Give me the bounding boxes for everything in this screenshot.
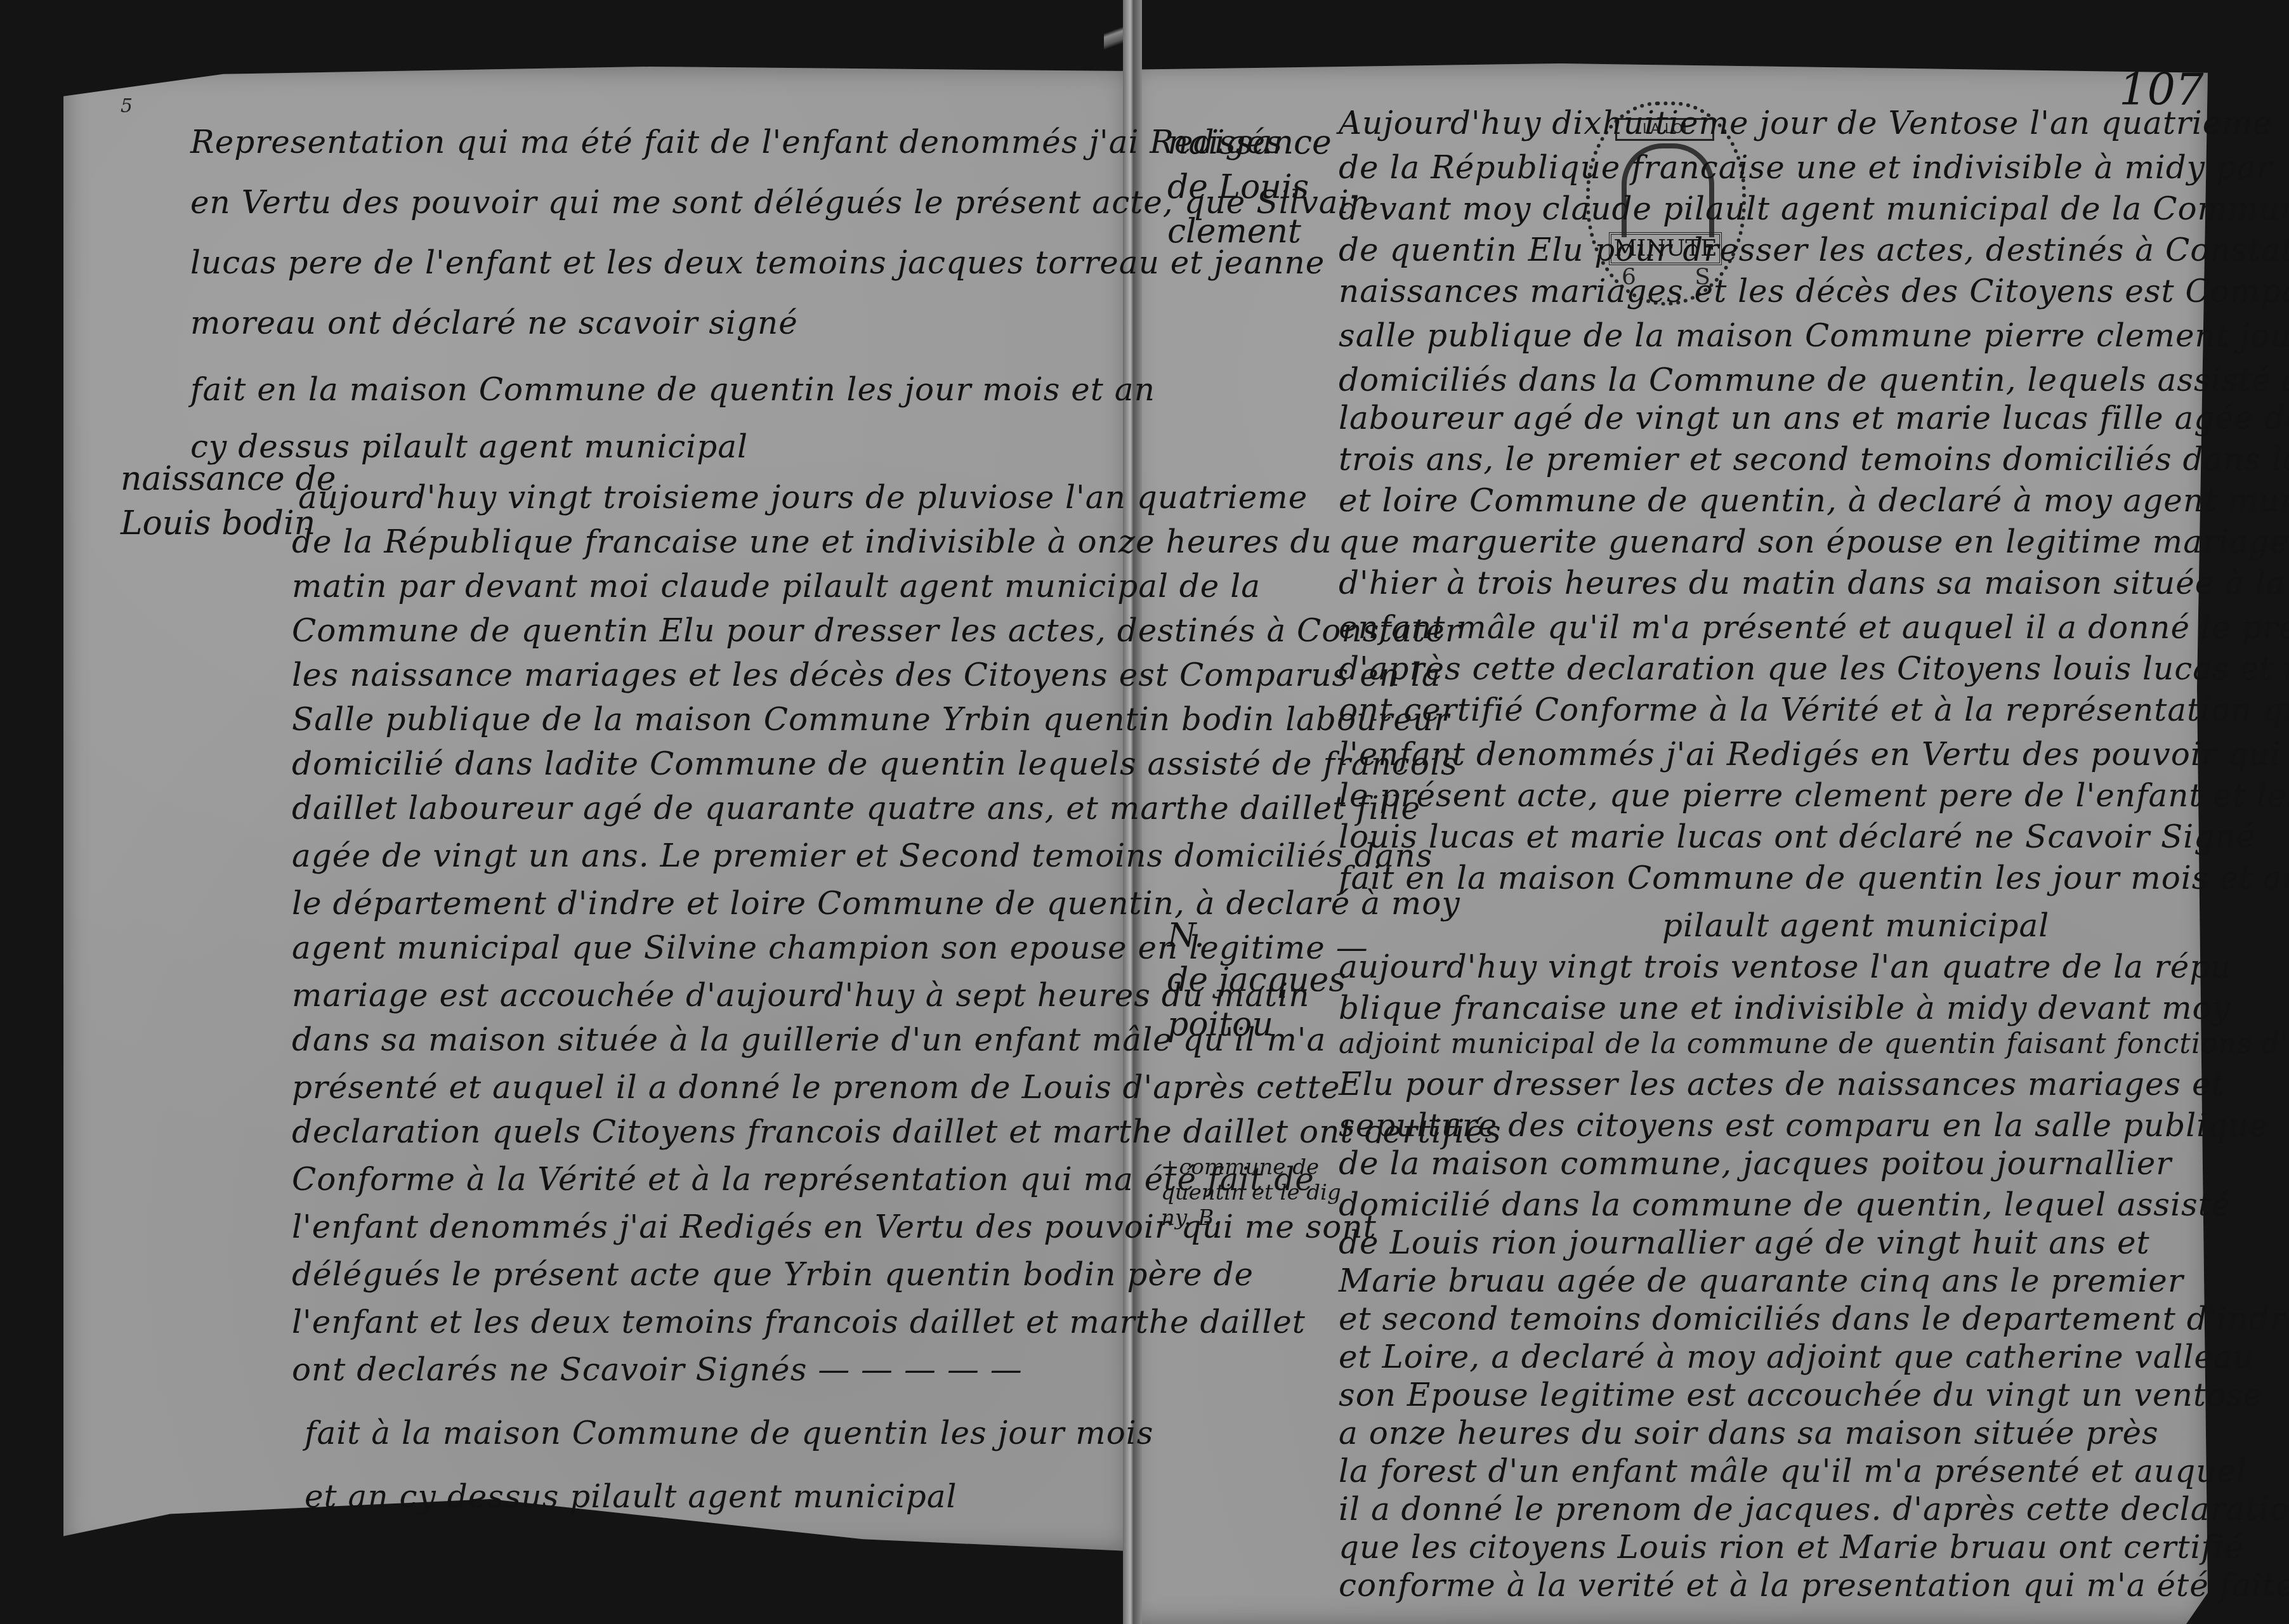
text-line: fait en la maison Commune de quentin les… xyxy=(190,371,1155,408)
text-line: ont certifié Conforme à la Vérité et à l… xyxy=(1339,691,2289,728)
text-line: Marie bruau agée de quarante cinq ans le… xyxy=(1339,1262,2184,1299)
text-line: laboureur agé de vingt un ans et marie l… xyxy=(1339,400,2289,436)
margin-note-correction: +commune de quentin et le dig ny. B. xyxy=(1161,1155,1341,1231)
text-line: de la République francaise une et indivi… xyxy=(1339,149,2273,186)
text-line: que marguerite guenard son épouse en leg… xyxy=(1339,523,2289,560)
text-line: et second temoins domiciliés dans le dep… xyxy=(1339,1300,2289,1337)
text-line: domicilié dans la commune de quentin, le… xyxy=(1339,1186,2231,1223)
text-line: et loire Commune de quentin, à declaré à… xyxy=(1339,482,2289,519)
text-line: de la maison commune, jacques poitou jou… xyxy=(1339,1145,2172,1182)
text-line: de Louis rion journallier agé de vingt h… xyxy=(1339,1224,2150,1261)
text-line: délégués le présent acte que Yrbin quent… xyxy=(292,1256,1254,1293)
text-line: aujourd'huy vingt troisieme jours de plu… xyxy=(298,479,1308,516)
text-line: agée de vingt un ans. Le premier et Seco… xyxy=(292,837,1433,874)
text-line: naissances mariages et les décès des Cit… xyxy=(1339,273,2289,310)
margin-note-naissance-jacques-poitou: N. de jacques poitou xyxy=(1167,913,1346,1047)
text-line: domicilié dans ladite Commune de quentin… xyxy=(292,745,1458,782)
text-line: a onze heures du soir dans sa maison sit… xyxy=(1339,1415,2159,1451)
text-line: Salle publique de la maison Commune Yrbi… xyxy=(292,701,1450,738)
margin-note-naissance-louis-clement: naissance de Louis clement xyxy=(1167,121,1332,254)
text-line: pilault agent municipal xyxy=(1662,907,2049,944)
text-line: domiciliés dans la Commune de quentin, l… xyxy=(1339,362,2289,398)
text-line: son Epouse legitime est accouchée du vin… xyxy=(1339,1377,2262,1413)
text-line: salle publique de la maison Commune pier… xyxy=(1339,317,2289,354)
text-line: enfant mâle qu'il m'a présenté et auquel… xyxy=(1339,609,2289,646)
text-line: et Loire, a declaré à moy adjoint que ca… xyxy=(1339,1339,2254,1375)
text-line: lucas pere de l'enfant et les deux temoi… xyxy=(190,244,1325,281)
text-line: Elu pour dresser les actes de naissances… xyxy=(1339,1066,2225,1103)
text-line: cy dessus pilault agent municipal xyxy=(190,428,748,465)
text-line: que les citoyens Louis rion et Marie bru… xyxy=(1339,1529,2244,1566)
text-line: sepulture des citoyens est comparu en la… xyxy=(1339,1107,2269,1144)
text-line: mariage est accouchée d'aujourd'huy à se… xyxy=(292,977,1309,1014)
text-line: aujourd'huy vingt trois ventose l'an qua… xyxy=(1339,948,2232,985)
text-line: de la République francaise une et indivi… xyxy=(292,523,1332,560)
text-line: ont declarés ne Scavoir Signés — — — — — xyxy=(292,1351,1023,1388)
text-line: et an cy dessus pilault agent municipal xyxy=(305,1478,957,1515)
text-line: trois ans, le premier et second temoins … xyxy=(1339,441,2289,478)
text-line: d'hier à trois heures du matin dans sa m… xyxy=(1339,565,2289,601)
text-line: les naissance mariages et les décès des … xyxy=(292,657,1441,693)
text-line: moreau ont déclaré ne scavoir signé xyxy=(190,304,798,341)
text-line: il a donné le prenom de jacques. d'après… xyxy=(1339,1491,2289,1528)
text-line: daillet laboureur agé de quarante quatre… xyxy=(292,790,1420,827)
text-line: la forest d'un enfant mâle qu'il m'a pré… xyxy=(1339,1453,2247,1490)
text-line: matin par devant moi claude pilault agen… xyxy=(292,568,1261,605)
corner-mark: 5 xyxy=(121,95,133,117)
text-line: declaration quels Citoyens francois dail… xyxy=(292,1113,1502,1150)
text-line: adjoint municipal de la commune de quent… xyxy=(1339,1028,2289,1060)
text-line: Representation qui ma été fait de l'enfa… xyxy=(190,124,1283,160)
text-line: le présent acte, que pierre clement pere… xyxy=(1339,777,2289,814)
text-line: présenté et auquel il a donné le prenom … xyxy=(292,1069,1340,1106)
text-line: l'enfant et les deux temoins francois da… xyxy=(292,1304,1306,1340)
text-line: conforme à la verité et à la presentatio… xyxy=(1339,1567,2289,1604)
text-line: fait en la maison Commune de quentin les… xyxy=(1339,860,2289,896)
text-line: devant moy claude pilault agent municipa… xyxy=(1339,190,2289,227)
text-line: fait à la maison Commune de quentin les … xyxy=(305,1415,1153,1451)
text-line: Aujourd'huy dixhuitieme jour de Ventose … xyxy=(1339,105,2272,141)
text-line: d'après cette declaration que les Citoye… xyxy=(1339,650,2289,687)
text-line: de quentin Elu pour dresser les actes, d… xyxy=(1339,232,2289,268)
text-line: blique francaise une et indivisible à mi… xyxy=(1339,990,2231,1026)
text-line: l'enfant denommés j'ai Redigés en Vertu … xyxy=(1339,736,2289,773)
text-line: louis lucas et marie lucas ont déclaré n… xyxy=(1339,818,2255,855)
text-line: Commune de quentin Elu pour dresser les … xyxy=(292,612,1461,649)
